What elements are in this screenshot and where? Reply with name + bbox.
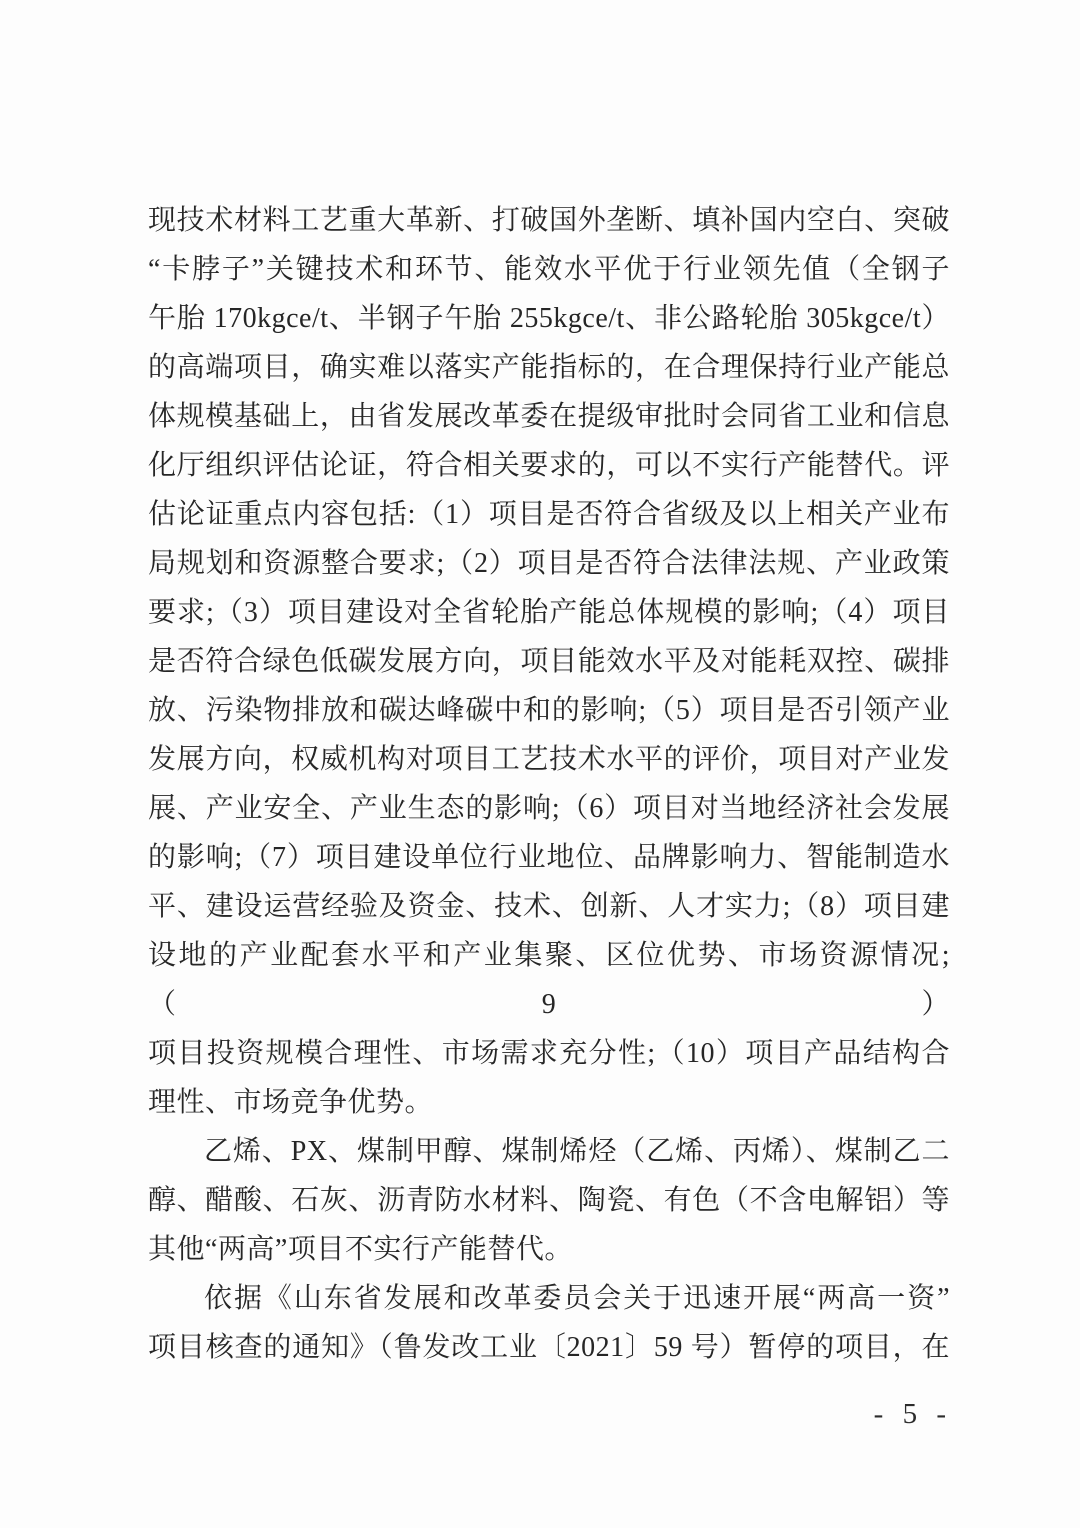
text-line: 展、产业安全、产业生态的影响;（6）项目对当地经济社会发展 bbox=[148, 784, 950, 833]
text-line: 平、建设运营经验及资金、技术、创新、人才实力;（8）项目建 bbox=[148, 882, 950, 931]
text-line: 局规划和资源整合要求;（2）项目是否符合法律法规、产业政策 bbox=[148, 539, 950, 588]
document-lines: 现技术材料工艺重大革新、打破国外垄断、填补国内空白、突破“卡脖子”关键技术和环节… bbox=[148, 196, 950, 1372]
document-page: 现技术材料工艺重大革新、打破国外垄断、填补国内空白、突破“卡脖子”关键技术和环节… bbox=[0, 0, 1080, 1528]
text-line: 的影响;（7）项目建设单位行业地位、品牌影响力、智能制造水 bbox=[148, 833, 950, 882]
text-line: 体规模基础上，由省发展改革委在提级审批时会同省工业和信息 bbox=[148, 392, 950, 441]
text-line: 是否符合绿色低碳发展方向，项目能效水平及对能耗双控、碳排 bbox=[148, 637, 950, 686]
text-line: “卡脖子”关键技术和环节、能效水平优于行业领先值（全钢子 bbox=[148, 245, 950, 294]
text-line: 的高端项目，确实难以落实产能指标的，在合理保持行业产能总 bbox=[148, 343, 950, 392]
text-line: 醇、醋酸、石灰、沥青防水材料、陶瓷、有色（不含电解铝）等 bbox=[148, 1176, 950, 1225]
text-line: 项目投资规模合理性、市场需求充分性;（10）项目产品结构合 bbox=[148, 1029, 950, 1078]
text-line: 其他“两高”项目不实行产能替代。 bbox=[148, 1225, 950, 1274]
text-line: 理性、市场竞争优势。 bbox=[148, 1078, 950, 1127]
text-line: 现技术材料工艺重大革新、打破国外垄断、填补国内空白、突破 bbox=[148, 196, 950, 245]
text-line: 乙烯、PX、煤制甲醇、煤制烯烃（乙烯、丙烯）、煤制乙二 bbox=[148, 1127, 950, 1176]
page-number: - 5 - bbox=[874, 1398, 952, 1431]
text-line: 设地的产业配套水平和产业集聚、区位优势、市场资源情况;（9） bbox=[148, 931, 950, 1029]
text-line: 项目核查的通知》（鲁发改工业〔2021〕59 号）暂停的项目，在 bbox=[148, 1323, 950, 1372]
text-line: 要求;（3）项目建设对全省轮胎产能总体规模的影响;（4）项目 bbox=[148, 588, 950, 637]
text-line: 发展方向，权威机构对项目工艺技术水平的评价，项目对产业发 bbox=[148, 735, 950, 784]
text-line: 放、污染物排放和碳达峰碳中和的影响;（5）项目是否引领产业 bbox=[148, 686, 950, 735]
text-line: 估论证重点内容包括:（1）项目是否符合省级及以上相关产业布 bbox=[148, 490, 950, 539]
text-line: 依据《山东省发展和改革委员会关于迅速开展“两高一资” bbox=[148, 1274, 950, 1323]
text-line: 化厅组织评估论证，符合相关要求的，可以不实行产能替代。评 bbox=[148, 441, 950, 490]
text-line: 午胎 170kgce/t、半钢子午胎 255kgce/t、非公路轮胎 305kg… bbox=[148, 294, 950, 343]
